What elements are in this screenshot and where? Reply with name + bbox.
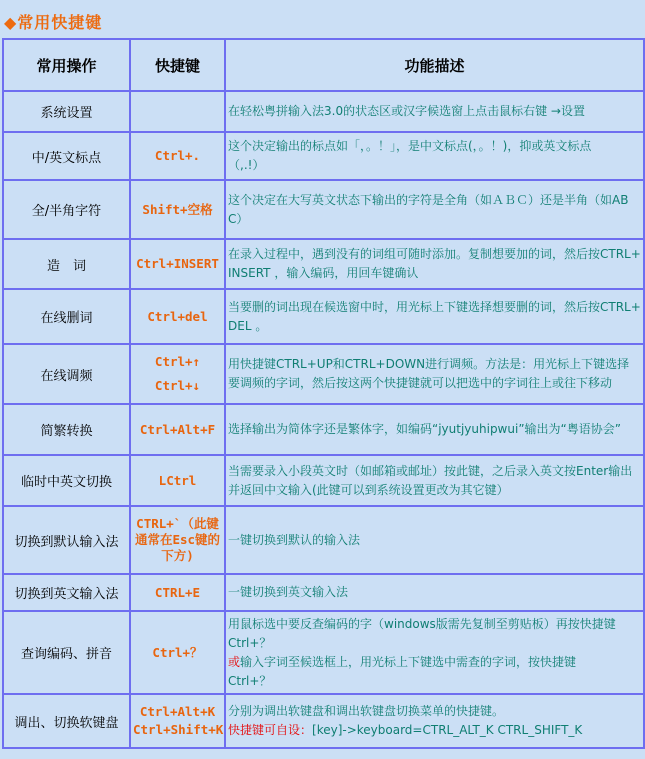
description-cell: 一键切换到默认的输入法	[225, 506, 644, 574]
header-operation: 常用操作	[3, 39, 130, 91]
shortcut-cell: Ctrl+↑Ctrl+↓	[130, 344, 225, 404]
operation-cell: 切换到默认输入法	[3, 506, 130, 574]
shortcut-cell: Ctrl+Alt+KCtrl+Shift+K	[130, 694, 225, 748]
description-cell: 在轻松粤拼输入法3.0的状态区或汉字候选窗上点击鼠标右键 →设置	[225, 91, 644, 132]
shortcut-cell: Ctrl+Alt+F	[130, 404, 225, 455]
shortcut-key: Ctrl+Alt+K	[133, 704, 222, 720]
shortcut-key: Ctrl+INSERT	[133, 256, 222, 272]
description-text: 一键切换到默认的输入法	[228, 533, 360, 547]
table-row: 切换到英文输入法CTRL+E一键切换到英文输入法	[3, 574, 644, 611]
description-cell: 分别为调出软键盘和调出软键盘切换菜单的快捷键。 快捷键可自设：[key]->ke…	[225, 694, 644, 748]
table-body: 系统设置在轻松粤拼输入法3.0的状态区或汉字候选窗上点击鼠标右键 →设置中/英文…	[3, 91, 644, 748]
shortcut-cell: LCtrl	[130, 455, 225, 506]
description-cell: 选择输出为简体字还是繁体字，如编码“jyutjyuhipwui”输出为“粤语协会…	[225, 404, 644, 455]
operation-cell: 切换到英文输入法	[3, 574, 130, 611]
page: { "title": "◆常用快捷键", "colors": { "accent…	[0, 0, 645, 759]
description-cell: 当需要录入小段英文时（如邮箱或邮址）按此键，之后录入英文按Enter输出并返回中…	[225, 455, 644, 506]
header-row: 常用操作 快捷键 功能描述	[3, 39, 644, 91]
shortcut-cell: CTRL+`（此键通常在Esc键的下方)	[130, 506, 225, 574]
table-row: 中/英文标点Ctrl+.这个决定输出的标点如「，。！」，是中文标点(，。！)，抑…	[3, 132, 644, 180]
shortcut-cell	[130, 91, 225, 132]
description-text: 输入字词至候选框上，用光标上下键选中需查的字词，按快捷键 Ctrl+？	[228, 655, 576, 688]
shortcut-key: Ctrl+Alt+F	[133, 422, 222, 438]
shortcut-key: Ctrl+？	[133, 645, 222, 661]
operation-cell: 全/半角字符	[3, 180, 130, 239]
operation-cell: 造 词	[3, 239, 130, 289]
shortcuts-table: 常用操作 快捷键 功能描述 系统设置在轻松粤拼输入法3.0的状态区或汉字候选窗上…	[2, 38, 645, 749]
operation-cell: 查询编码、拼音	[3, 611, 130, 694]
description-cell: 这个决定在大写英文状态下输出的字符是全角（如ＡＢＣ）还是半角（如ABC）	[225, 180, 644, 239]
table-row: 查询编码、拼音Ctrl+？用鼠标选中要反查编码的字（windows版需先复制至剪…	[3, 611, 644, 694]
description-text: 当需要录入小段英文时（如邮箱或邮址）按此键，之后录入英文按Enter输出并返回中…	[228, 464, 632, 497]
shortcut-key: CTRL+`（此键通常在Esc键的下方)	[133, 516, 222, 564]
shortcut-key: LCtrl	[133, 473, 222, 489]
shortcut-key: CTRL+E	[133, 585, 222, 601]
shortcut-cell: Ctrl+.	[130, 132, 225, 180]
table-row: 系统设置在轻松粤拼输入法3.0的状态区或汉字候选窗上点击鼠标右键 →设置	[3, 91, 644, 132]
description-text: 在轻松粤拼输入法3.0的状态区或汉字候选窗上点击鼠标右键 →设置	[228, 104, 585, 118]
table-header: 常用操作 快捷键 功能描述	[3, 39, 644, 91]
shortcut-key: Ctrl+↑	[133, 354, 222, 370]
description-text: 当要删的词出现在候选窗中时，用光标上下键选择想要删的词，然后按CTRL+DEL …	[228, 300, 641, 333]
description-text: 在录入过程中，遇到没有的词组可随时添加。复制想要加的词，然后按CTRL+INSE…	[228, 247, 641, 280]
table-row: 在线删词Ctrl+del当要删的词出现在候选窗中时，用光标上下键选择想要删的词，…	[3, 289, 644, 344]
table-row: 全/半角字符Shift+空格这个决定在大写英文状态下输出的字符是全角（如ＡＢＣ）…	[3, 180, 644, 239]
description-cell: 用快捷键CTRL+UP和CTRL+DOWN进行调频。方法是：用光标上下键选择要调…	[225, 344, 644, 404]
table-row: 在线调频Ctrl+↑Ctrl+↓用快捷键CTRL+UP和CTRL+DOWN进行调…	[3, 344, 644, 404]
shortcut-cell: Ctrl+？	[130, 611, 225, 694]
page-title: ◆常用快捷键	[0, 0, 645, 38]
description-text: [key]->keyboard=CTRL_ALT_K CTRL_SHIFT_K	[312, 723, 582, 737]
description-cell: 当要删的词出现在候选窗中时，用光标上下键选择想要删的词，然后按CTRL+DEL …	[225, 289, 644, 344]
highlighted-text: 或	[228, 655, 240, 669]
table-row: 临时中英文切换LCtrl当需要录入小段英文时（如邮箱或邮址）按此键，之后录入英文…	[3, 455, 644, 506]
operation-cell: 在线调频	[3, 344, 130, 404]
shortcut-cell: Ctrl+INSERT	[130, 239, 225, 289]
operation-cell: 系统设置	[3, 91, 130, 132]
description-text: 用快捷键CTRL+UP和CTRL+DOWN进行调频。方法是：用光标上下键选择要调…	[228, 357, 629, 390]
description-cell: 用鼠标选中要反查编码的字（windows版需先复制至剪贴板）再按快捷键 Ctrl…	[225, 611, 644, 694]
operation-cell: 临时中英文切换	[3, 455, 130, 506]
shortcut-key: Ctrl+.	[133, 148, 222, 164]
description-text: 这个决定输出的标点如「，。！」，是中文标点(，。！)，抑或英文标点 （,.!）	[228, 139, 591, 172]
shortcut-key: Ctrl+del	[133, 309, 222, 325]
shortcut-key: Ctrl+Shift+K	[133, 722, 222, 738]
table-row: 造 词Ctrl+INSERT在录入过程中，遇到没有的词组可随时添加。复制想要加的…	[3, 239, 644, 289]
shortcut-cell: Ctrl+del	[130, 289, 225, 344]
shortcut-cell: CTRL+E	[130, 574, 225, 611]
description-text: 分别为调出软键盘和调出软键盘切换菜单的快捷键。	[228, 704, 504, 718]
description-cell: 一键切换到英文输入法	[225, 574, 644, 611]
table-row: 切换到默认输入法CTRL+`（此键通常在Esc键的下方)一键切换到默认的输入法	[3, 506, 644, 574]
shortcut-cell: Shift+空格	[130, 180, 225, 239]
highlighted-text: 快捷键可自设：	[228, 723, 312, 737]
shortcut-key: Shift+空格	[133, 202, 222, 218]
description-text: 一键切换到英文输入法	[228, 585, 348, 599]
operation-cell: 中/英文标点	[3, 132, 130, 180]
description-text: 选择输出为简体字还是繁体字，如编码“jyutjyuhipwui”输出为“粤语协会…	[228, 422, 621, 436]
description-cell: 在录入过程中，遇到没有的词组可随时添加。复制想要加的词，然后按CTRL+INSE…	[225, 239, 644, 289]
operation-cell: 在线删词	[3, 289, 130, 344]
description-text: 用鼠标选中要反查编码的字（windows版需先复制至剪贴板）再按快捷键 Ctrl…	[228, 617, 616, 650]
header-shortcut: 快捷键	[130, 39, 225, 91]
shortcut-key: Ctrl+↓	[133, 378, 222, 394]
operation-cell: 调出、切换软键盘	[3, 694, 130, 748]
description-cell: 这个决定输出的标点如「，。！」，是中文标点(，。！)，抑或英文标点 （,.!）	[225, 132, 644, 180]
description-text: 这个决定在大写英文状态下输出的字符是全角（如ＡＢＣ）还是半角（如ABC）	[228, 193, 628, 226]
header-description: 功能描述	[225, 39, 644, 91]
operation-cell: 简繁转换	[3, 404, 130, 455]
table-row: 简繁转换Ctrl+Alt+F选择输出为简体字还是繁体字，如编码“jyutjyuh…	[3, 404, 644, 455]
table-row: 调出、切换软键盘Ctrl+Alt+KCtrl+Shift+K分别为调出软键盘和调…	[3, 694, 644, 748]
